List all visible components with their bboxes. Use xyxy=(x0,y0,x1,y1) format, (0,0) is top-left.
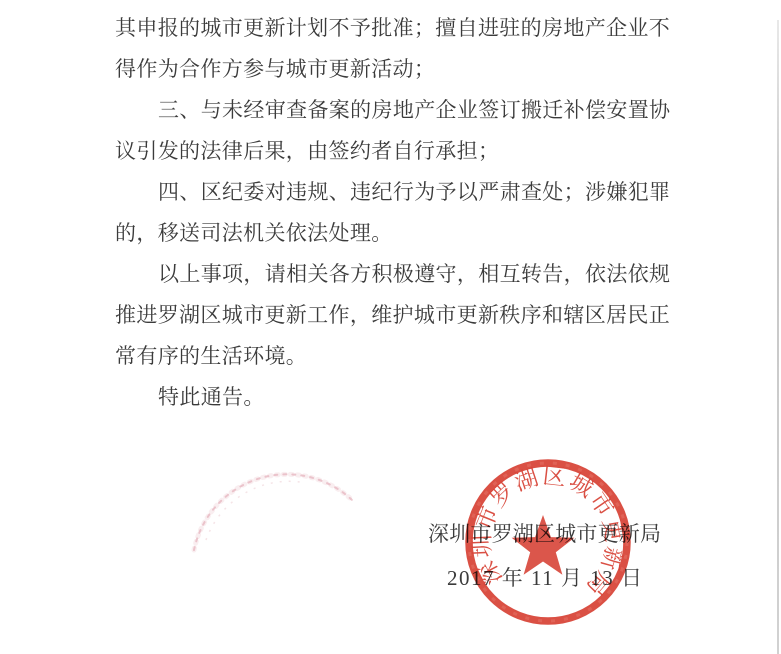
scanned-notice-page: 其申报的城市更新计划不予批准；擅自进驻的房地产企业不 得作为合作方参与城市更新活… xyxy=(0,0,781,654)
body-line: 三、与未经审查备案的房地产企业签订搬迁补偿安置协 xyxy=(115,90,677,131)
body-line: 四、区纪委对违规、违纪行为予以严肃查处；涉嫌犯罪 xyxy=(115,172,677,213)
seal-star-icon xyxy=(512,515,575,575)
body-line: 的，移送司法机关依法处理。 xyxy=(115,213,677,254)
body-line: 其申报的城市更新计划不予批准；擅自进驻的房地产企业不 xyxy=(115,8,677,49)
body-line: 得作为合作方参与城市更新活动； xyxy=(115,49,677,90)
document-body: 其申报的城市更新计划不予批准；擅自进驻的房地产企业不 得作为合作方参与城市更新活… xyxy=(115,8,677,418)
body-line: 特此通告。 xyxy=(115,377,677,418)
official-seal: 深圳市罗湖区城市更新局 xyxy=(456,450,640,634)
body-line: 常有序的生活环境。 xyxy=(115,336,677,377)
body-line: 推进罗湖区城市更新工作，维护城市更新秩序和辖区居民正 xyxy=(115,295,677,336)
body-line: 议引发的法律后果，由签约者自行承担； xyxy=(115,131,677,172)
scan-edge-line xyxy=(777,20,779,654)
body-line: 以上事项，请相关各方积极遵守，相互转告，依法依规 xyxy=(115,254,677,295)
